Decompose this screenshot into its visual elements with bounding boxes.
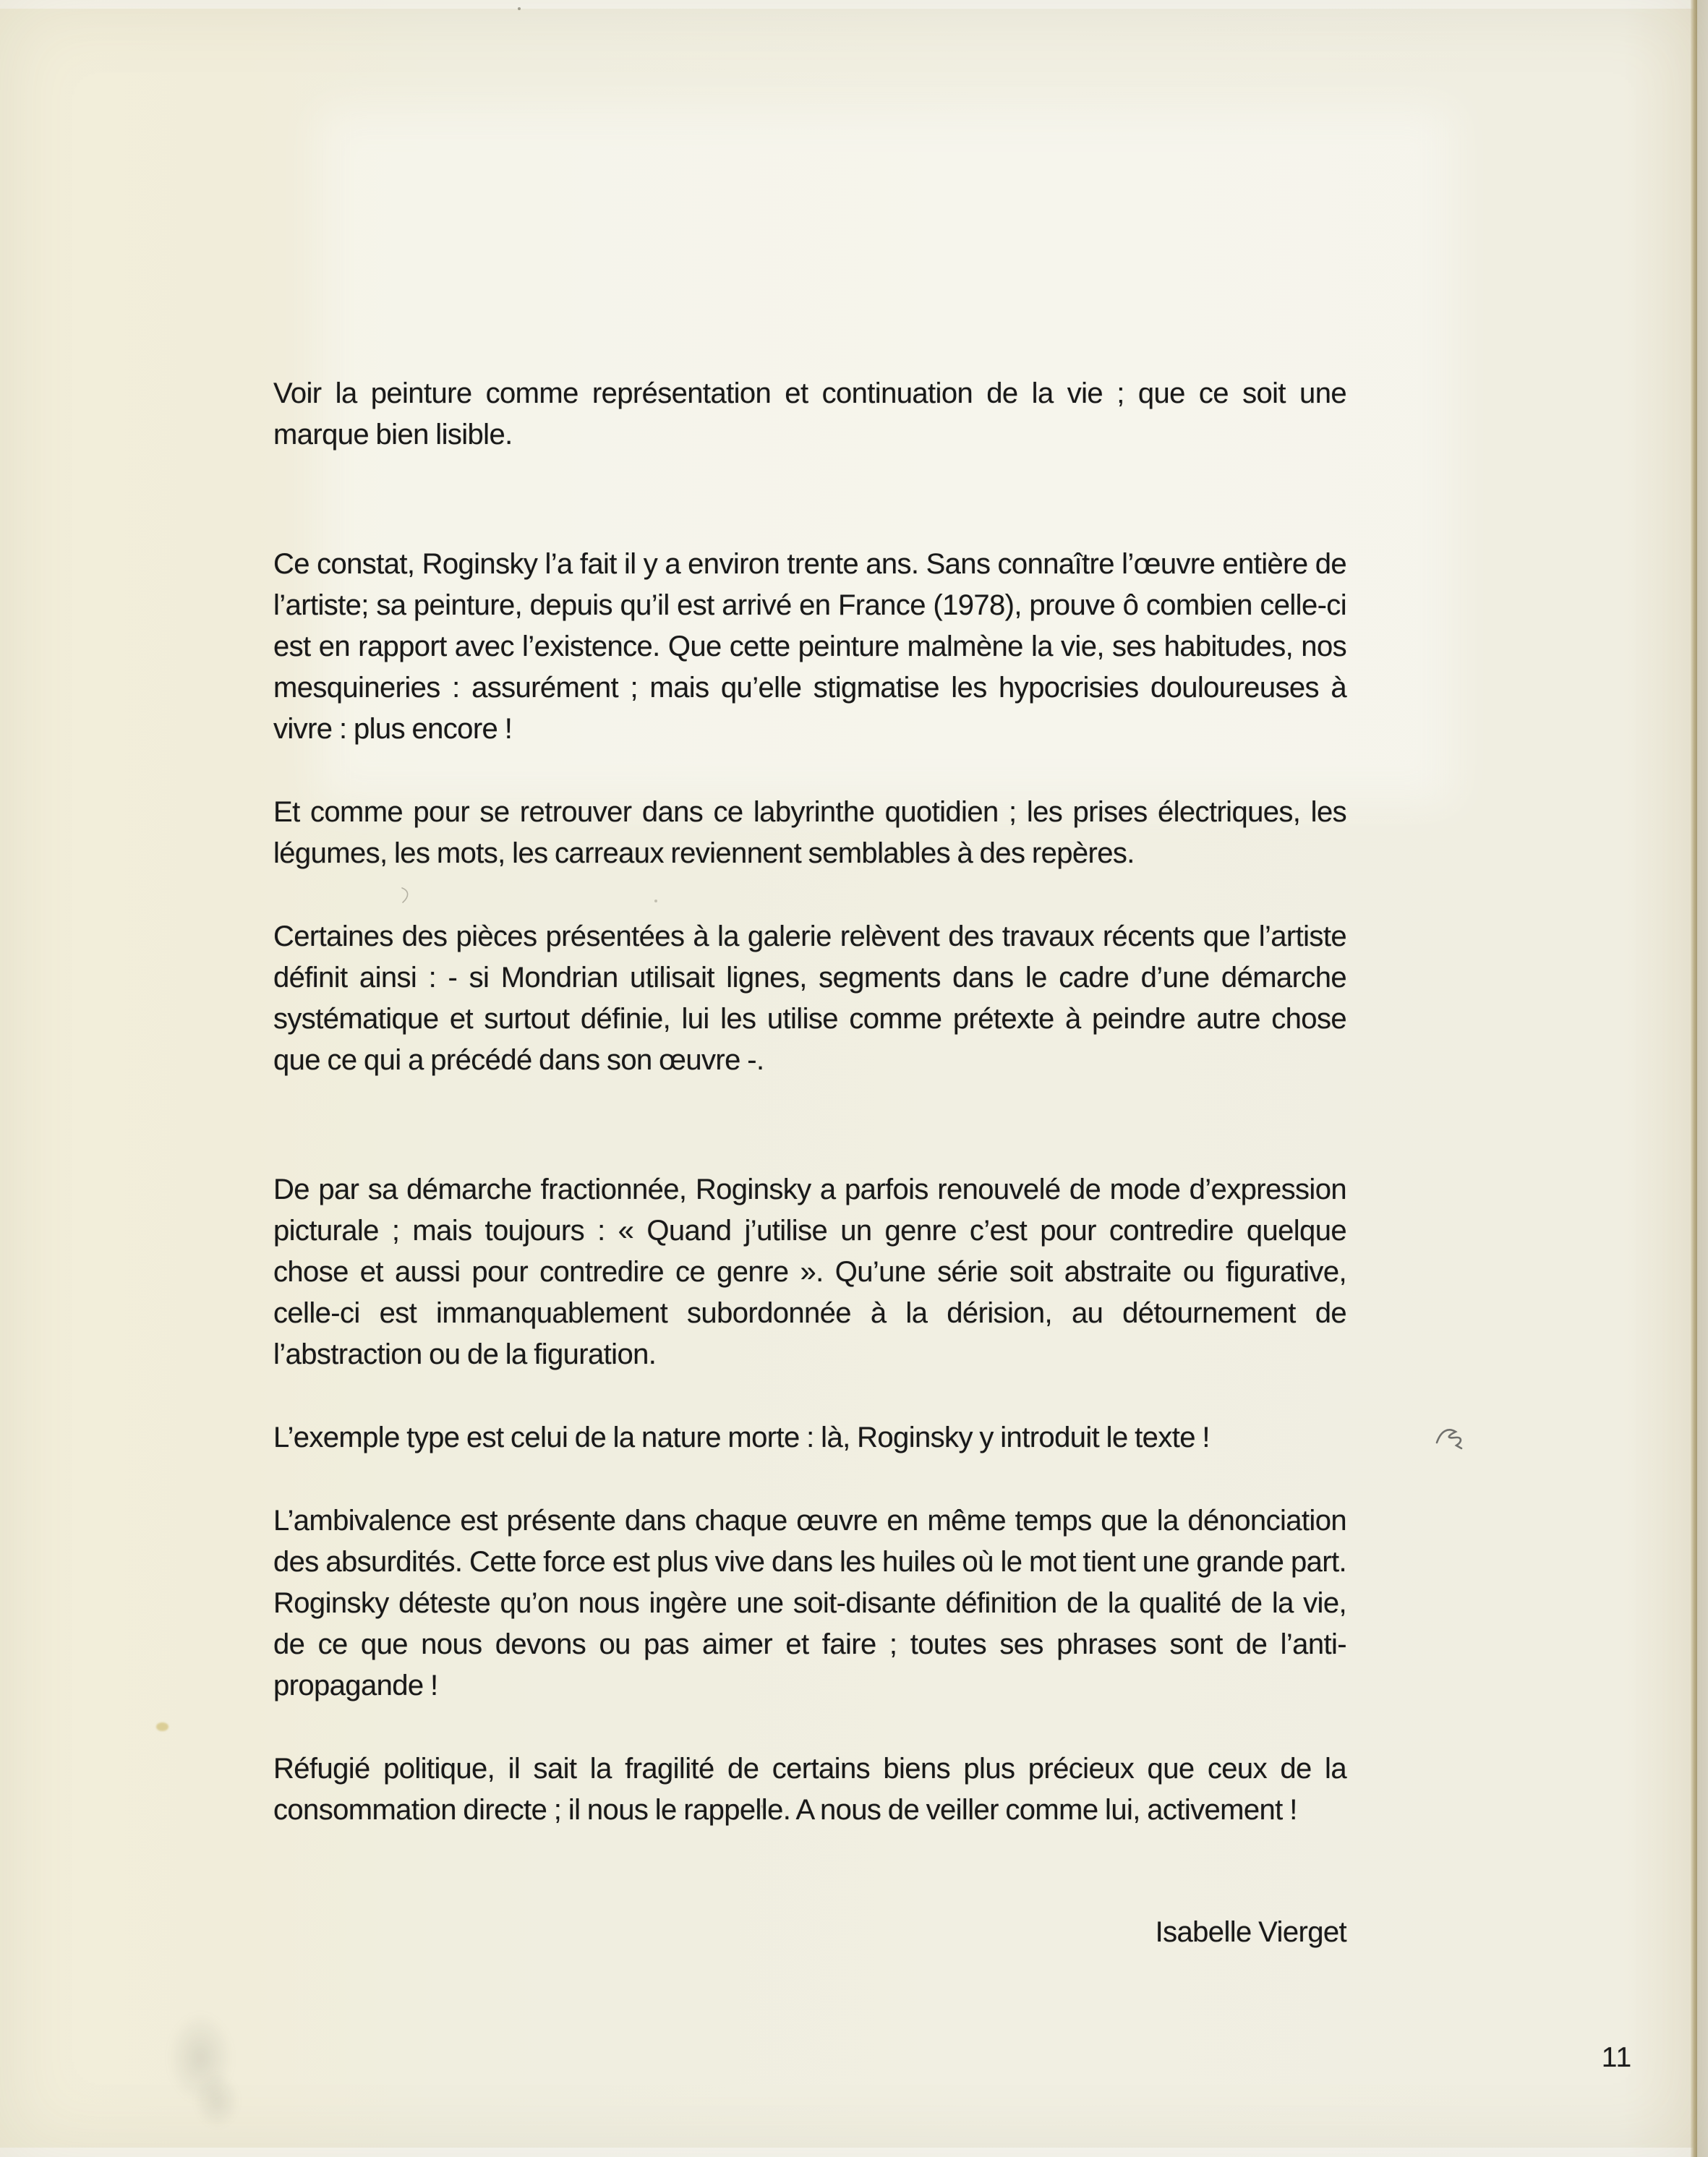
paragraph: De par sa démarche fractionnée, Roginsky…: [273, 1169, 1346, 1375]
scan-smudge: [153, 1993, 247, 2123]
paragraph: Ce constat, Roginsky l’a fait il y a env…: [273, 544, 1346, 750]
scan-edge-bottom: [0, 2148, 1708, 2157]
page-number: 11: [1588, 2043, 1646, 2072]
paragraph: L’ambivalence est présente dans chaque œ…: [273, 1500, 1346, 1707]
page-edge-crease: [1691, 0, 1697, 2157]
scan-edge-top: [0, 0, 1708, 9]
page-sheet: Voir la peinture comme représentation et…: [0, 0, 1708, 2157]
paper-fleck: [156, 1722, 168, 1731]
paragraph: Réfugié politique, il sait la fragilité …: [273, 1748, 1346, 1831]
scanned-book-page: { "page": { "number": "11", "paper_color…: [0, 0, 1708, 2157]
paragraph: Certaines des pièces présentées à la gal…: [273, 916, 1346, 1081]
scan-smudge: [184, 2061, 249, 2140]
paragraph: Et comme pour se retrouver dans ce labyr…: [273, 792, 1346, 874]
dust-speck: [518, 7, 521, 10]
page-edge-margin: [1697, 0, 1708, 2157]
article-text: Voir la peinture comme représentation et…: [273, 373, 1346, 1953]
paragraph: Voir la peinture comme représentation et…: [273, 373, 1346, 456]
author-signature: Isabelle Vierget: [273, 1912, 1346, 1953]
paragraph: L’exemple type est celui de la nature mo…: [273, 1417, 1346, 1458]
pencil-squiggle-mark: [1433, 1423, 1466, 1453]
